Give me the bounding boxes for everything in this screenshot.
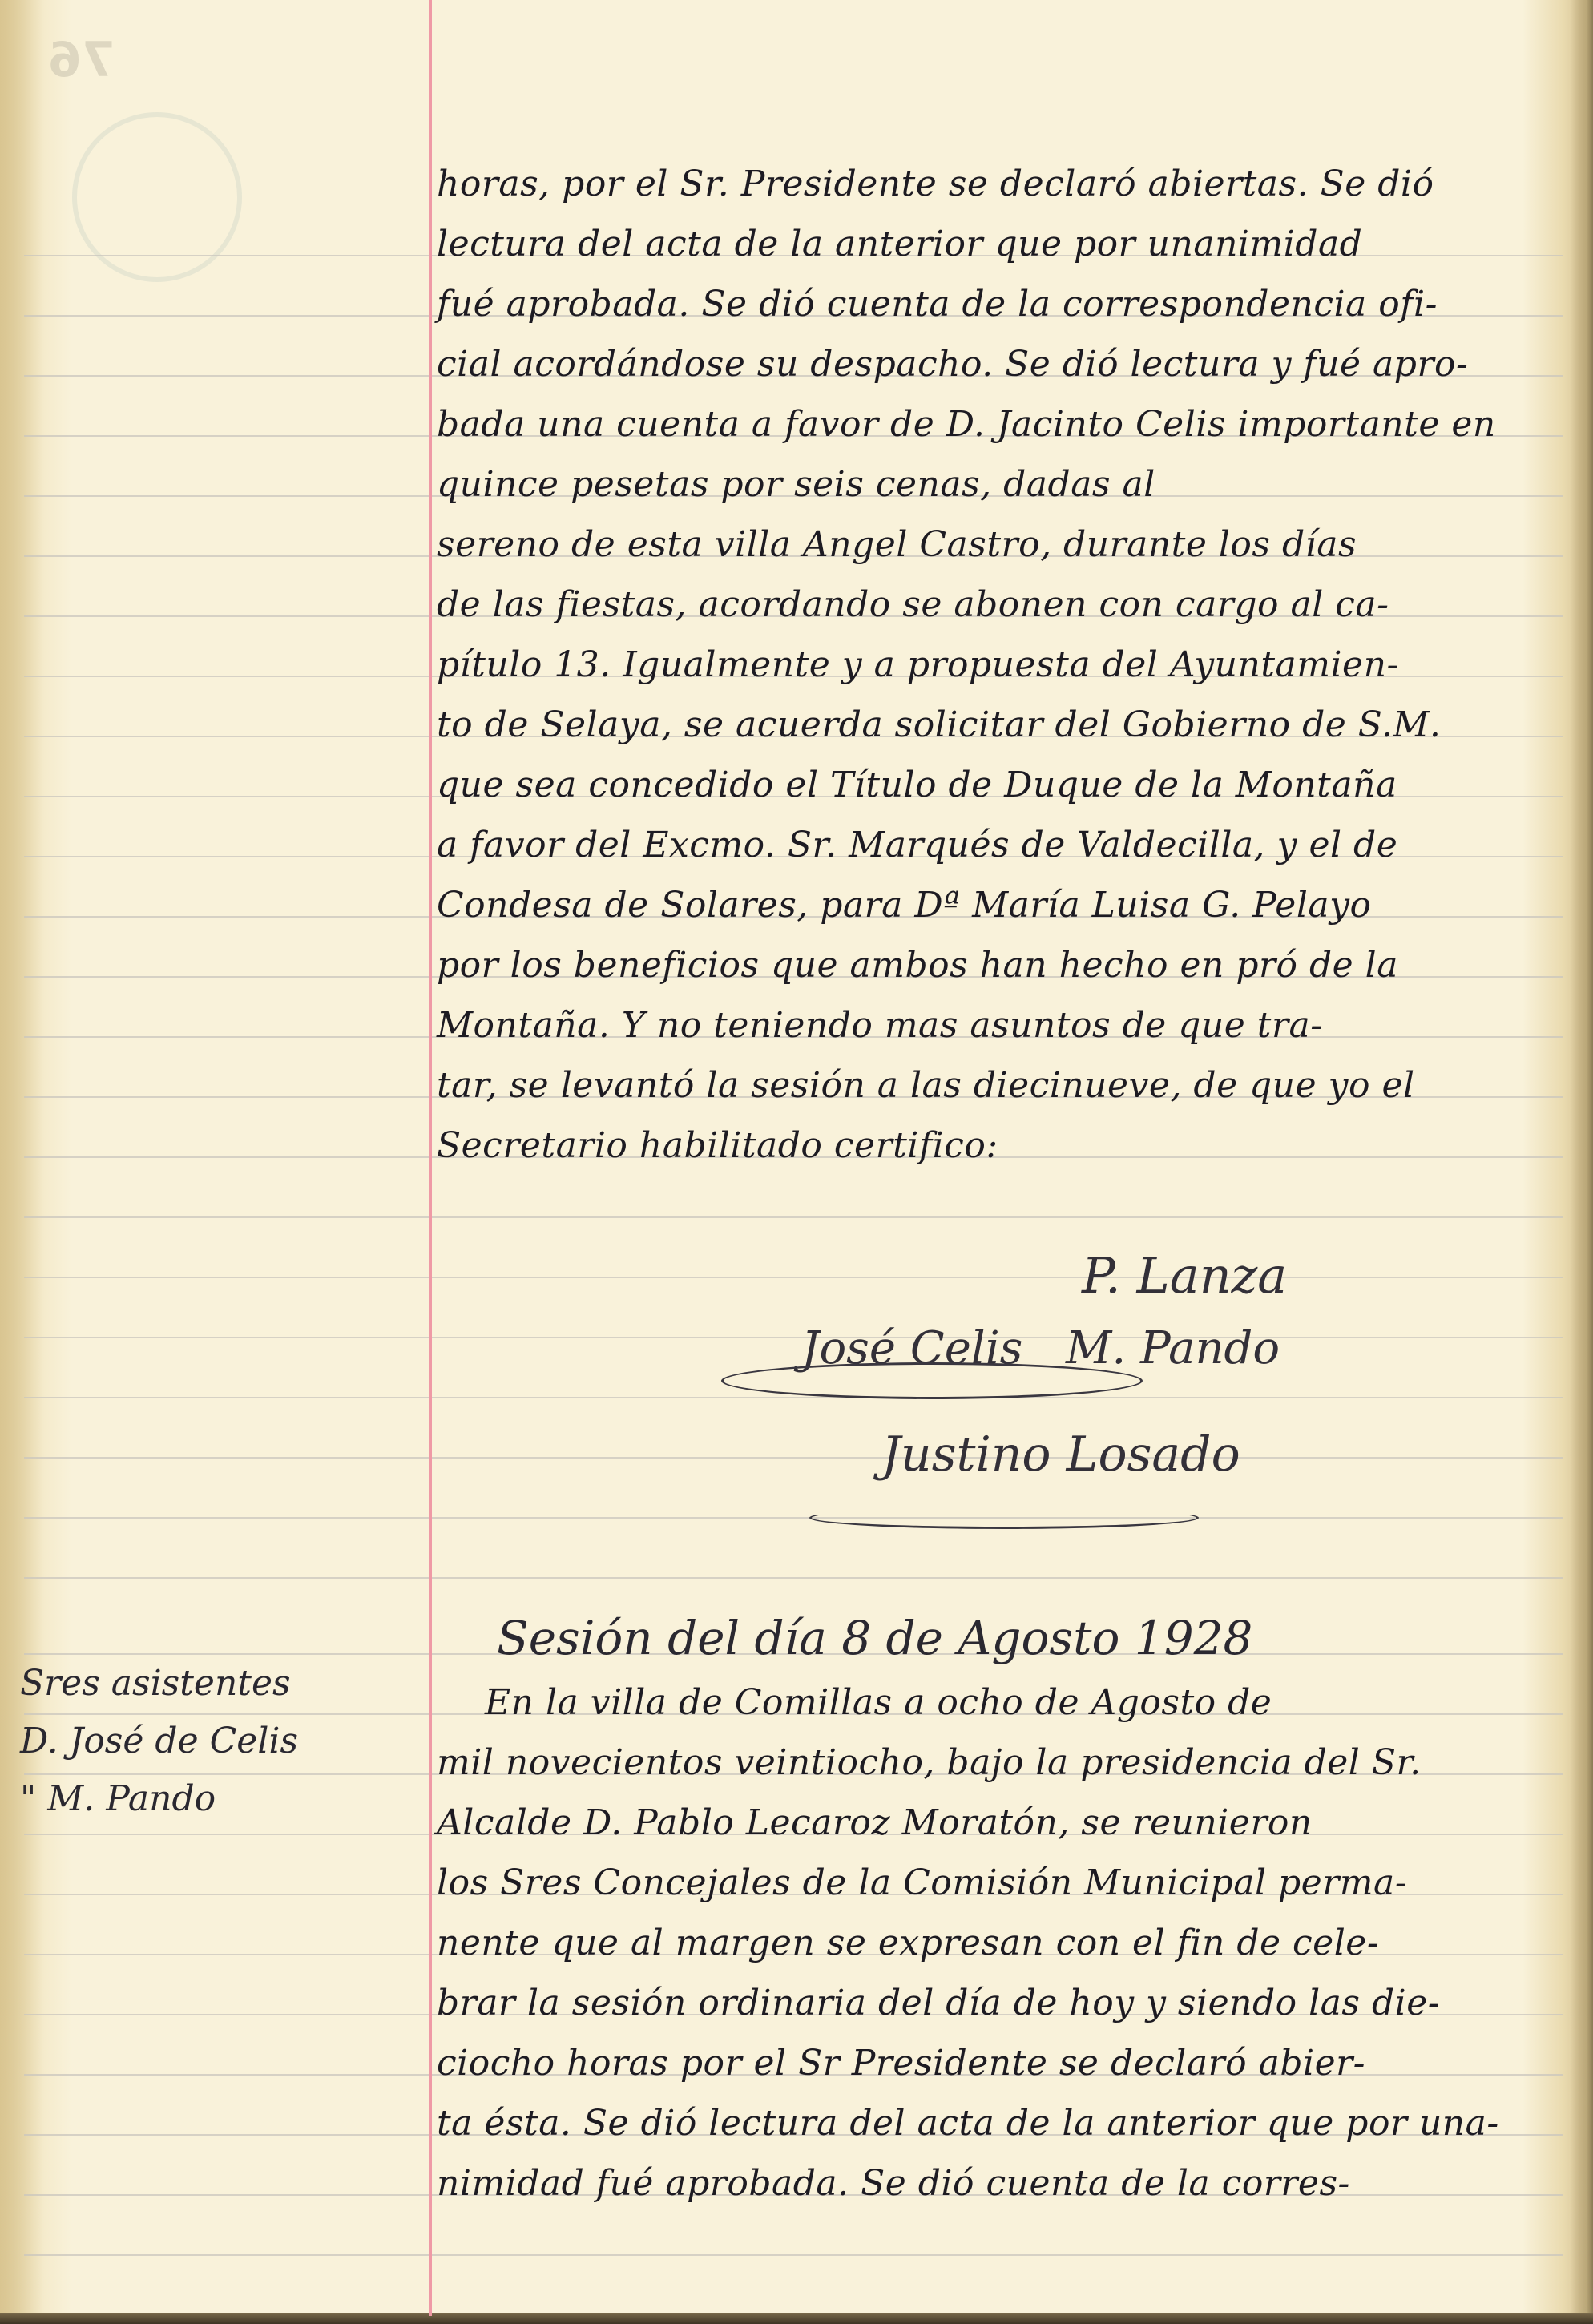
text-line: mil novecientos veintiocho, bajo la pres… — [437, 1739, 1422, 1787]
text-line: cial acordándose su despacho. Se dió lec… — [437, 341, 1468, 389]
text-line: brar la sesión ordinaria del día de hoy … — [437, 1979, 1440, 2027]
text-line: pítulo 13. Igualmente y a propuesta del … — [437, 641, 1399, 689]
text-line: nimidad fué aprobada. Se dió cuenta de l… — [437, 2160, 1350, 2208]
text-line: lectura del acta de la anterior que por … — [437, 220, 1362, 268]
text-line: ta ésta. Se dió lectura del acta de la a… — [437, 2100, 1499, 2148]
page-right-edge — [1571, 0, 1593, 2324]
text-line: Alcalde D. Pablo Lecaroz Moratón, se reu… — [437, 1799, 1313, 1847]
rule-line — [24, 1337, 1563, 1338]
margin-note-line: " M. Pando — [20, 1770, 413, 1828]
faint-stamp-mark — [72, 112, 242, 282]
text-line: sereno de esta villa Angel Castro, duran… — [437, 521, 1357, 569]
text-line: de las fiestas, acordando se abonen con … — [437, 581, 1389, 629]
attendees-margin-note: Sres asistentes D. José de Celis " M. Pa… — [20, 1655, 413, 1828]
text-line: que sea concedido el Título de Duque de … — [437, 761, 1397, 809]
red-margin-line — [429, 0, 432, 2316]
signature-losado: Justino Losado — [881, 1426, 1240, 1483]
text-line: fué aprobada. Se dió cuenta de la corres… — [437, 280, 1438, 329]
page-number-bleedthrough: 76 — [48, 32, 115, 88]
rule-line — [24, 1457, 1563, 1459]
rule-line — [24, 1277, 1563, 1278]
margin-note-line: Sres asistentes — [20, 1655, 413, 1713]
text-line: ciocho horas por el Sr Presidente se dec… — [437, 2040, 1365, 2088]
rule-line — [24, 1517, 1563, 1519]
signature-lanza: P. Lanza — [1082, 1246, 1287, 1305]
text-line: En la villa de Comillas a ocho de Agosto… — [485, 1679, 1272, 1727]
text-line: quince pesetas por seis cenas, dadas al — [437, 461, 1155, 509]
text-line: por los beneficios que ambos han hecho e… — [437, 942, 1398, 990]
session-heading: Sesión del día 8 de Agosto 1928 — [497, 1611, 1252, 1665]
signature-flourish — [721, 1362, 1143, 1399]
text-line: a favor del Excmo. Sr. Marqués de Valdec… — [437, 821, 1397, 869]
text-line: tar, se levantó la sesión a las diecinue… — [437, 1062, 1415, 1110]
margin-note-line: D. José de Celis — [20, 1713, 413, 1770]
text-line: Secretario habilitado certifico: — [437, 1122, 998, 1170]
binding-shadow — [0, 0, 44, 2324]
text-line: Montaña. Y no teniendo mas asuntos de qu… — [437, 1002, 1323, 1050]
page-bottom-edge — [0, 2313, 1593, 2324]
text-line: Condesa de Solares, para Dª María Luisa … — [437, 882, 1371, 930]
signature-pando: M. Pando — [1066, 1322, 1280, 1374]
ledger-page: 76 horas, por el Sr. Presidente se decla… — [0, 0, 1593, 2324]
text-line: horas, por el Sr. Presidente se declaró … — [437, 160, 1434, 208]
signature-flourish — [809, 1507, 1199, 1529]
text-line: to de Selaya, se acuerda solicitar del G… — [437, 701, 1441, 749]
rule-line — [24, 1577, 1563, 1579]
rule-line — [24, 2254, 1563, 2256]
rule-line — [24, 1397, 1563, 1398]
rule-line — [24, 1216, 1563, 1218]
text-line: nente que al margen se expresan con el f… — [437, 1919, 1379, 1967]
text-line: bada una cuenta a favor de D. Jacinto Ce… — [437, 401, 1496, 449]
text-line: los Sres Concejales de la Comisión Munic… — [437, 1859, 1407, 1907]
